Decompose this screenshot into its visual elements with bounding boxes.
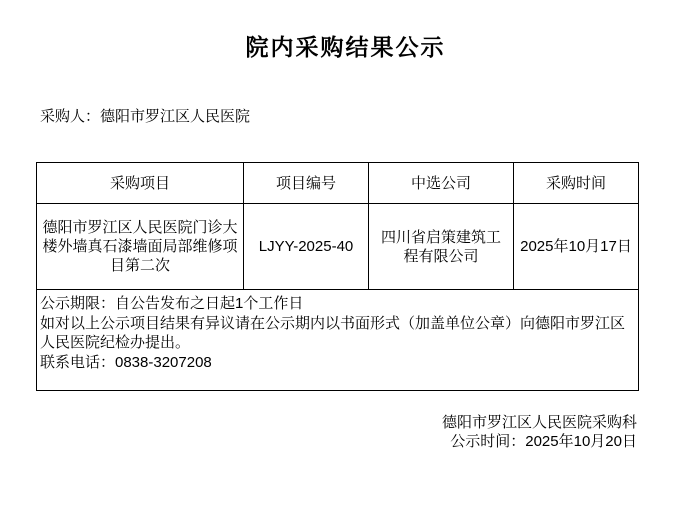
column-header-project: 采购项目: [37, 163, 244, 204]
project-name-cell: 德阳市罗江区人民医院门诊大楼外墙真石漆墙面局部维修项目第二次: [37, 204, 244, 290]
table-row: 德阳市罗江区人民医院门诊大楼外墙真石漆墙面局部维修项目第二次 LJYY-2025…: [37, 204, 639, 290]
table-header-row: 采购项目 项目编号 中选公司 采购时间: [37, 163, 639, 204]
column-header-project-code: 项目编号: [244, 163, 369, 204]
column-header-winning-company: 中选公司: [369, 163, 514, 204]
winning-company-cell: 四川省启策建筑工程有限公司: [369, 204, 514, 290]
purchase-date-cell: 2025年10月17日: [514, 204, 639, 290]
note-publicity-period: 公示期限：自公告发布之日起1个工作日: [40, 294, 634, 314]
table-notes-row: 公示期限：自公告发布之日起1个工作日 如对以上公示项目结果有异议请在公示期内以书…: [37, 290, 639, 391]
project-code-cell: LJYY-2025-40: [244, 204, 369, 290]
procurement-result-table: 采购项目 项目编号 中选公司 采购时间 德阳市罗江区人民医院门诊大楼外墙真石漆墙…: [36, 162, 639, 391]
page-title: 院内采购结果公示: [0, 29, 691, 62]
notes-cell: 公示期限：自公告发布之日起1个工作日 如对以上公示项目结果有异议请在公示期内以书…: [37, 290, 639, 391]
signature-publish-date: 公示时间：2025年10月20日: [442, 432, 637, 451]
signature-department: 德阳市罗江区人民医院采购科: [442, 413, 637, 432]
column-header-purchase-date: 采购时间: [514, 163, 639, 204]
announcement-page: { "page": { "title": "院内采购结果公示", "purcha…: [0, 0, 691, 530]
signature-block: 德阳市罗江区人民医院采购科 公示时间：2025年10月20日: [442, 413, 637, 451]
note-contact-phone: 联系电话：0838-3207208: [40, 353, 634, 373]
purchaser-line: 采购人：德阳市罗江区人民医院: [40, 105, 250, 126]
note-objection-instructions: 如对以上公示项目结果有异议请在公示期内以书面形式（加盖单位公章）向德阳市罗江区人…: [40, 314, 634, 353]
